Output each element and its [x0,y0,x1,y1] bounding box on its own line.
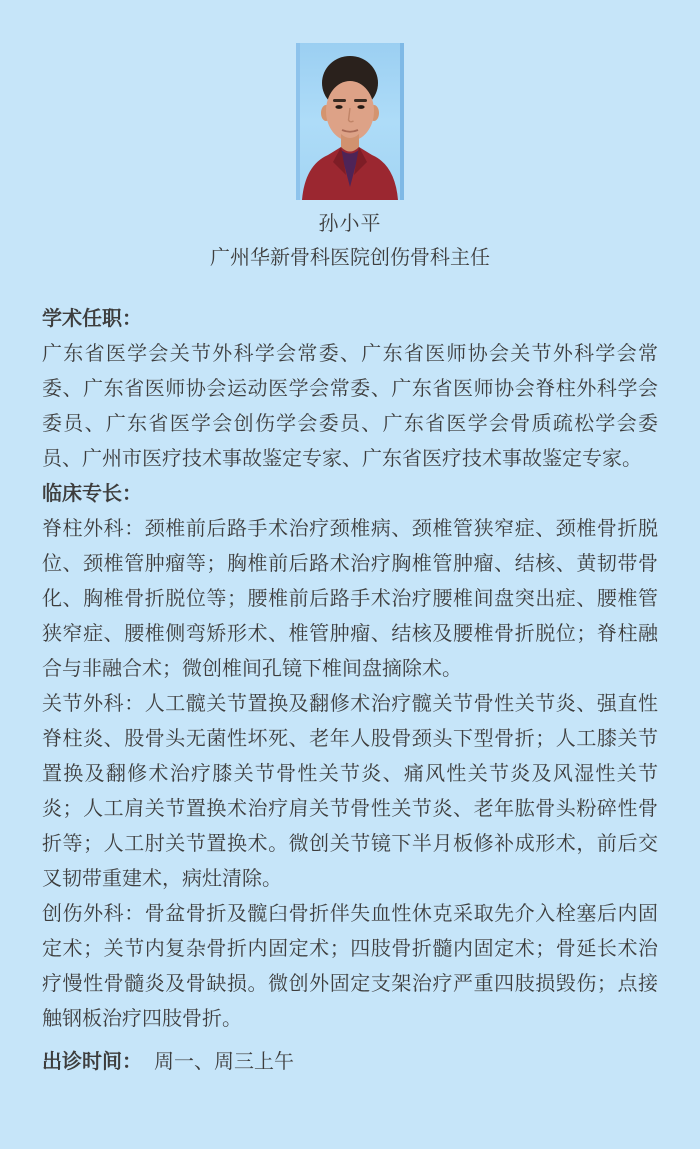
clinical-trauma-text: 创伤外科：骨盆骨折及髋臼骨折伴失血性休克采取先介入栓塞后内固定术；关节内复杂骨折… [42,897,658,1037]
clinical-spine-text: 脊柱外科：颈椎前后路手术治疗颈椎病、颈椎管狭窄症、颈椎骨折脱位、颈椎管肿瘤等；胸… [42,512,658,687]
profile-content: 学术任职： 广东省医学会关节外科学会常委、广东省医师协会关节外科学会常委、广东省… [42,302,658,1037]
doctor-title: 广州华新骨科医院创伤骨科主任 [0,241,700,275]
schedule-line: 出诊时间：周一、周三上午 [42,1045,658,1080]
academic-positions-text: 广东省医学会关节外科学会常委、广东省医师协会关节外科学会常委、广东省医师协会运动… [42,337,658,477]
doctor-profile-page: 孙小平 广州华新骨科医院创伤骨科主任 学术任职： 广东省医学会关节外科学会常委、… [0,0,700,1149]
clinical-joint-text: 关节外科：人工髋关节置换及翻修术治疗髋关节骨性关节炎、强直性脊柱炎、股骨头无菌性… [42,687,658,897]
doctor-name: 孙小平 [0,207,700,241]
section-heading-academic: 学术任职： [42,302,658,337]
section-heading-clinical: 临床专长： [42,477,658,512]
portrait-image [296,43,404,200]
doctor-photo [296,0,404,200]
schedule-value: 周一、周三上午 [154,1051,294,1073]
schedule-label: 出诊时间： [42,1051,142,1073]
